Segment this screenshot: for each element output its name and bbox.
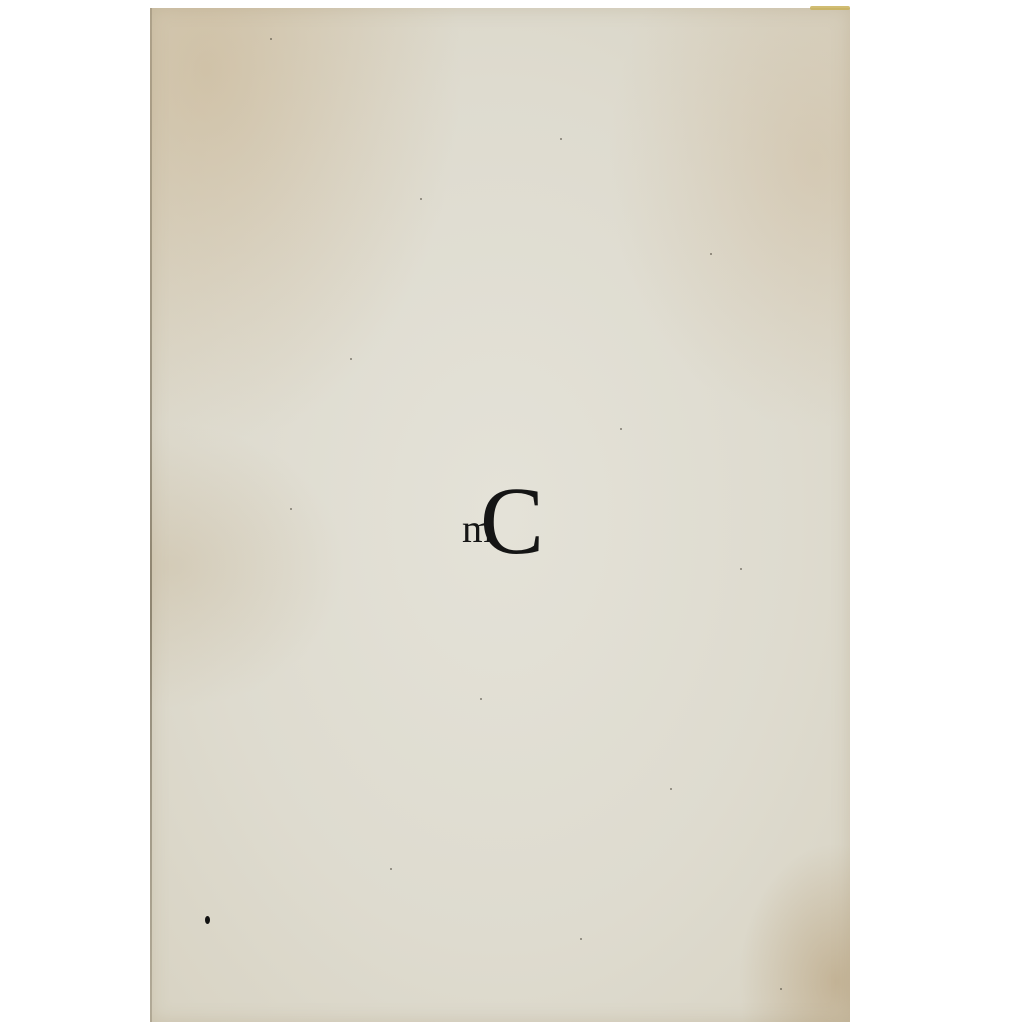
paper-speck <box>740 568 742 570</box>
paper-speck <box>270 38 272 40</box>
paper-speck <box>710 253 712 255</box>
book-page: C m <box>150 8 850 1022</box>
paper-speck <box>560 138 562 140</box>
paper-speck <box>350 358 352 360</box>
paper-speck <box>390 868 392 870</box>
monogram-logo: C m <box>462 483 572 583</box>
page-yellow-edge <box>810 6 850 10</box>
page-spine-edge <box>150 8 152 1022</box>
paper-speck <box>780 988 782 990</box>
paper-speck <box>420 198 422 200</box>
paper-speck <box>580 938 582 940</box>
paper-speck <box>670 788 672 790</box>
paper-speck <box>620 428 622 430</box>
paper-speck <box>480 698 482 700</box>
monogram-letter-m: m <box>462 509 493 549</box>
scan-background: C m <box>0 0 1024 1024</box>
ink-spot <box>205 916 210 924</box>
paper-speck <box>290 508 292 510</box>
